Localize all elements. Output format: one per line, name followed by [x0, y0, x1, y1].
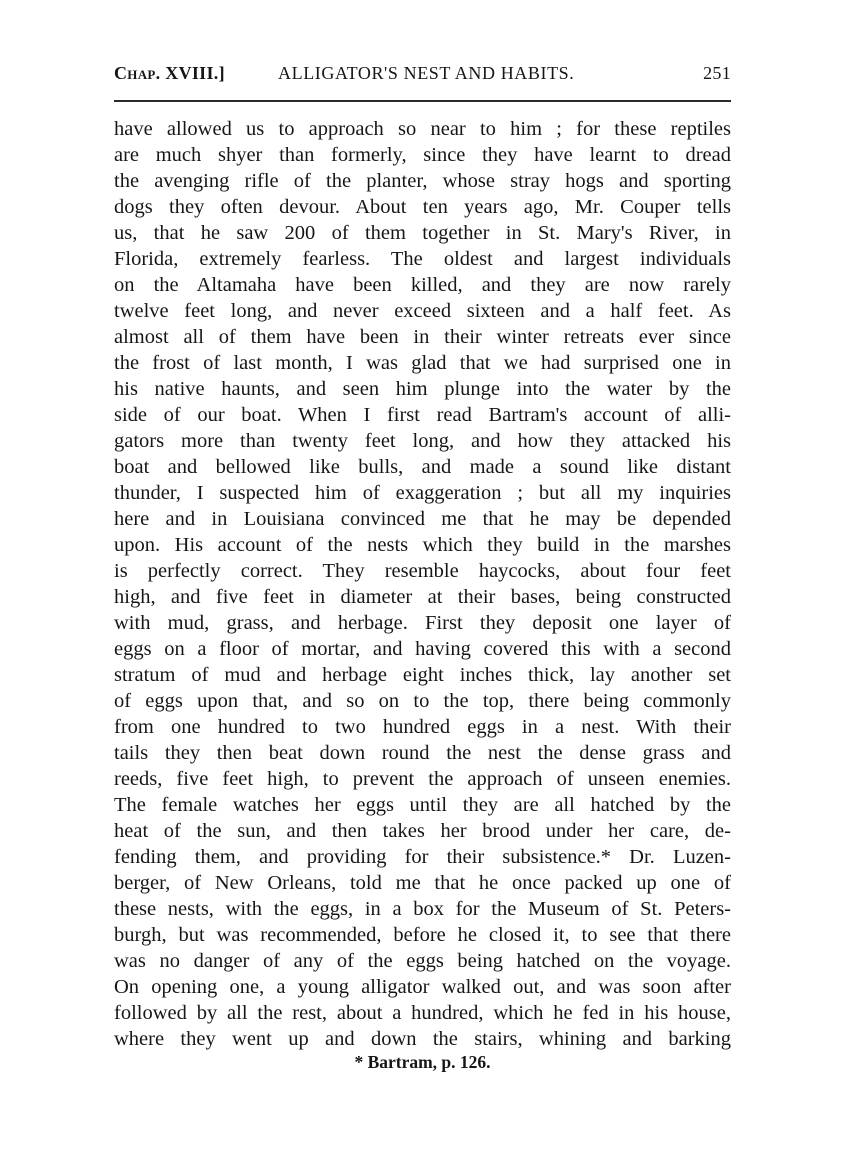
- text-line: from one hundred to two hundred eggs in …: [114, 714, 731, 740]
- body-text: have allowed us to approach so near to h…: [114, 116, 731, 1052]
- text-line: thunder, I suspected him of exaggeration…: [114, 480, 731, 506]
- text-line: burgh, but was recommended, before he cl…: [114, 922, 731, 948]
- text-line: on the Altamaha have been killed, and th…: [114, 272, 731, 298]
- text-line: twelve feet long, and never exceed sixte…: [114, 298, 731, 324]
- text-line: the frost of last month, I was glad that…: [114, 350, 731, 376]
- text-line: here and in Louisiana convinced me that …: [114, 506, 731, 532]
- text-line: us, that he saw 200 of them together in …: [114, 220, 731, 246]
- text-line: almost all of them have been in their wi…: [114, 324, 731, 350]
- chapter-title: ALLIGATOR'S NEST AND HABITS.: [278, 63, 574, 84]
- text-line: where they went up and down the stairs, …: [114, 1026, 731, 1052]
- text-line: followed by all the rest, about a hundre…: [114, 1000, 731, 1026]
- chapter-number: XVIII.]: [165, 63, 225, 83]
- text-line: the avenging rifle of the planter, whose…: [114, 168, 731, 194]
- text-line: high, and five feet in diameter at their…: [114, 584, 731, 610]
- text-line: berger, of New Orleans, told me that he …: [114, 870, 731, 896]
- text-line: these nests, with the eggs, in a box for…: [114, 896, 731, 922]
- running-head: Chap. XVIII.] ALLIGATOR'S NEST AND HABIT…: [114, 63, 731, 89]
- text-line: fending them, and providing for their su…: [114, 844, 731, 870]
- text-line: stratum of mud and herbage eight inches …: [114, 662, 731, 688]
- text-line: The female watches her eggs until they a…: [114, 792, 731, 818]
- text-line: side of our boat. When I first read Bart…: [114, 402, 731, 428]
- text-line: boat and bellowed like bulls, and made a…: [114, 454, 731, 480]
- text-line: gators more than twenty feet long, and h…: [114, 428, 731, 454]
- text-line: with mud, grass, and herbage. First they…: [114, 610, 731, 636]
- text-line: is perfectly correct. They resemble hayc…: [114, 558, 731, 584]
- text-line: reeds, five feet high, to prevent the ap…: [114, 766, 731, 792]
- text-line: upon. His account of the nests which the…: [114, 532, 731, 558]
- text-line: Florida, extremely fearless. The oldest …: [114, 246, 731, 272]
- chapter-prefix: Chap.: [114, 63, 160, 83]
- chapter-label: Chap. XVIII.]: [114, 63, 225, 84]
- text-line: heat of the sun, and then takes her broo…: [114, 818, 731, 844]
- page-number: 251: [703, 63, 731, 84]
- text-line: are much shyer than formerly, since they…: [114, 142, 731, 168]
- text-line: was no danger of any of the eggs being h…: [114, 948, 731, 974]
- text-line: of eggs upon that, and so on to the top,…: [114, 688, 731, 714]
- text-line: tails they then beat down round the nest…: [114, 740, 731, 766]
- text-line: his native haunts, and seen him plunge i…: [114, 376, 731, 402]
- footnote: * Bartram, p. 126.: [114, 1052, 731, 1073]
- header-rule: [114, 100, 731, 102]
- text-line: eggs on a floor of mortar, and having co…: [114, 636, 731, 662]
- text-line: have allowed us to approach so near to h…: [114, 116, 731, 142]
- text-line: On opening one, a young alligator walked…: [114, 974, 731, 1000]
- text-line: dogs they often devour. About ten years …: [114, 194, 731, 220]
